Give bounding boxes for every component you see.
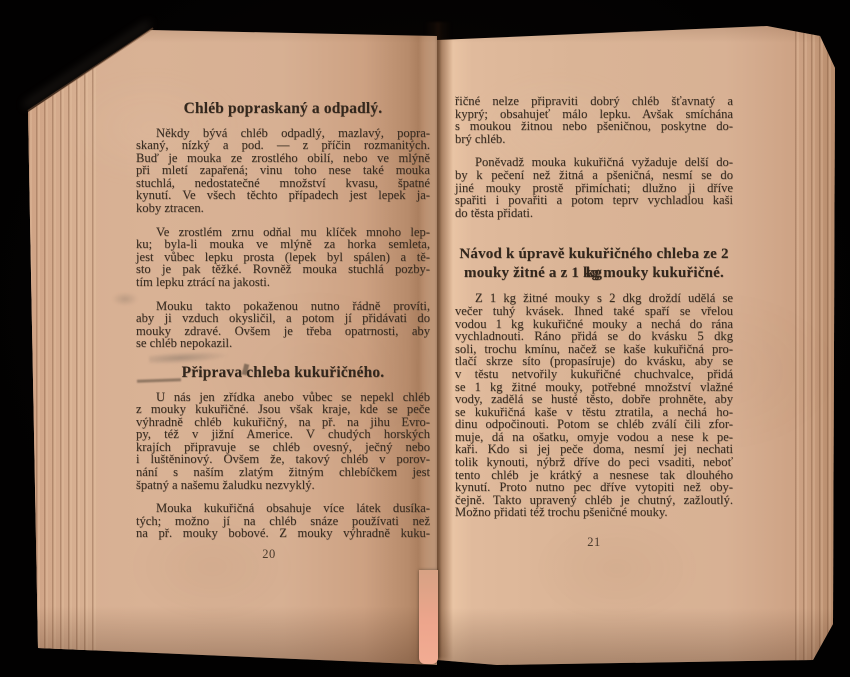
text-line: aby ji vzduch okysličil, a potom jí přid… [136, 312, 430, 325]
page-number-left: 20 [252, 547, 286, 562]
book-photo: Chléb popraskaný a odpadlý.Někdy bývá ch… [0, 0, 850, 677]
text-line: vody, zadělá se husté těsto, dobře prohn… [455, 393, 733, 406]
paragraph: Ve zrostlém zrnu odňal mu klíček mnoho l… [136, 226, 430, 289]
text-line: by k pečení než žitná a pšeničná, nesmí … [455, 169, 733, 182]
text-line: na př. mouky bobové. Z mouky výhradně ku… [136, 527, 430, 540]
text-line: Připrava chleba kukuřičného. [136, 364, 430, 383]
paragraph: U nás jen zřídka anebo vůbec se nepekl c… [136, 391, 430, 492]
text-line: py, též v jižní Americe. V chudých horsk… [136, 428, 430, 441]
right-page-text: řičné nelze připraviti dobrý chléb šťavn… [455, 95, 733, 530]
text-line: nání s naším zlatým žitným chlebíčkem je… [136, 466, 430, 479]
paragraph: Z 1 kg žitné mouky s 2 dkg droždí udělá … [455, 292, 733, 519]
paragraph: Mouka kukuřičná obsahuje více látek dusí… [136, 502, 430, 540]
paragraph: řičné nelze připraviti dobrý chléb šťavn… [455, 95, 733, 145]
text-line: kynutí. Proto nutno pec dříve vytopiti n… [455, 481, 733, 494]
left-page-text: Chléb popraskaný a odpadlý.Někdy bývá ch… [136, 100, 430, 551]
text-line: brý chléb. [455, 133, 733, 146]
text-line: špatný a našemu žaludku nezvyklý. [136, 479, 430, 492]
text-line: tím lepku ztrácí na jakosti. [136, 276, 430, 289]
text-line: vychladnouti. Ráno přidá se do kvásku 5 … [455, 330, 733, 343]
text-line: ku; byla-li mouka ve mlýně za horka seml… [136, 238, 430, 251]
text-line: tolik kynouti, nýbrž dříve do peci vsadi… [455, 456, 733, 469]
text-line: se chléb nepokazil. [136, 337, 430, 350]
heading-navod-k-uprave: Návod k úpravě kukuřičného chleba ze 2 k… [455, 245, 733, 282]
text-line: z mouky kukuřičné. Jsou však kraje, kde … [136, 403, 430, 416]
text-line: Možno přidati též trochu pšeničné mouky. [455, 506, 733, 519]
text-line: dinu odpočinouti. Potom se chléb zválí č… [455, 418, 733, 431]
paragraph: Někdy bývá chléb odpadlý, mazlavý, popra… [136, 127, 430, 215]
heading-priprava-chleba: Připrava chleba kukuřičného. [136, 364, 430, 383]
page-number-right: 21 [577, 535, 611, 550]
text-line: spařiti i povařiti a potom teprv vychlad… [455, 194, 733, 207]
right-page-edge-stack [791, 10, 837, 667]
text-line: řičné nelze připraviti dobrý chléb šťavn… [455, 95, 733, 108]
next-page-edge [419, 570, 438, 664]
text-line: v těstu netvořily kukuřičné chuchvalce, … [455, 368, 733, 381]
text-line: při mletí zapařená; vinu toho nese také … [136, 164, 430, 177]
text-line: večer tuhý kvásek. Ihned také spaří se v… [455, 305, 733, 318]
left-page-edge-stack [28, 10, 100, 665]
paragraph: Poněvadž mouka kukuřičná vyžaduje delší … [455, 156, 733, 219]
text-line: mouky žitné a z 1 kg mouky kukuřičné. [455, 264, 733, 283]
text-line: Chléb popraskaný a odpadlý. [136, 100, 430, 119]
text-line: do těsta přidati. [455, 207, 733, 220]
paragraph: Mouku takto pokaženou nutno řádně provít… [136, 300, 430, 350]
text-line: koby ztracen. [136, 202, 430, 215]
text-line: Mouka kukuřičná obsahuje více látek dusí… [136, 502, 430, 515]
text-line: s moukou žitnou nebo pšeničnou, poskytne… [455, 120, 733, 133]
text-line: Návod k úpravě kukuřičného chleba ze 2 k… [455, 245, 733, 264]
text-line: skaný, nízký a pod. — z příčin rozmanitý… [136, 139, 430, 152]
heading-chleb-popraskany: Chléb popraskaný a odpadlý. [136, 100, 430, 119]
